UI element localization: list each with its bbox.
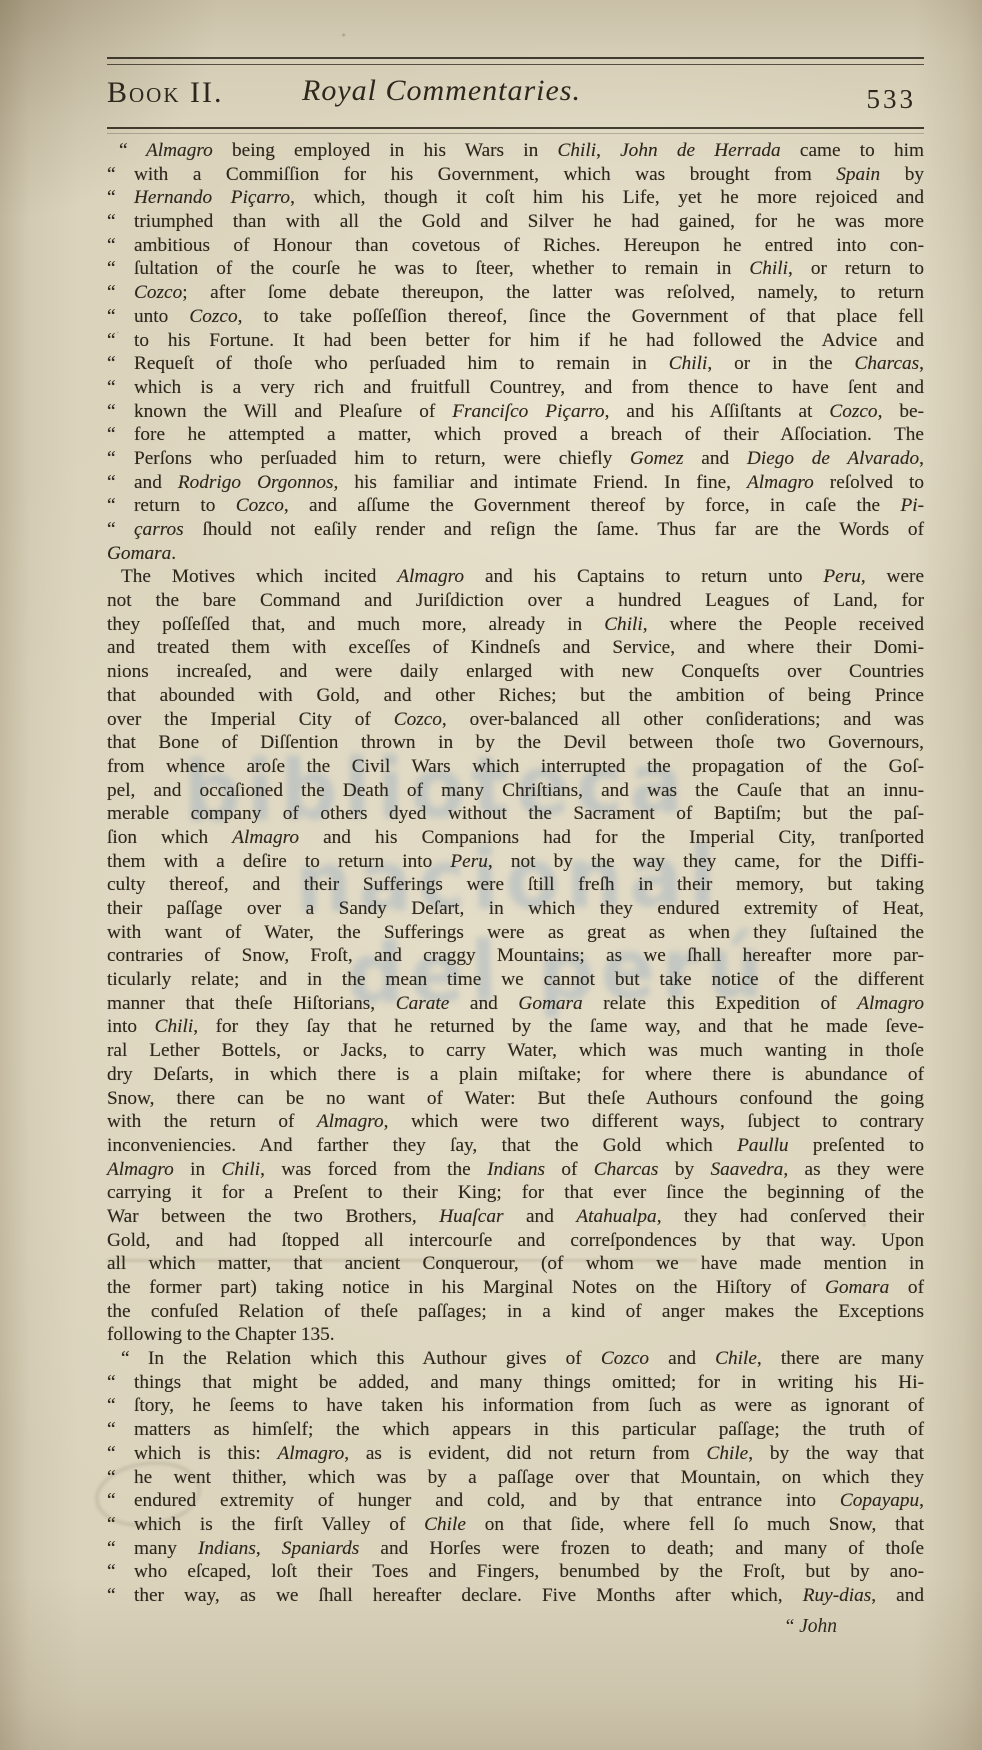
header-top-rule: [107, 57, 924, 65]
proper-name-italic: Pi-: [900, 495, 924, 516]
text-run: pel, and occaſioned the Death of many Ch…: [107, 780, 924, 801]
text-line: “with a Commiſſion for his Government, w…: [134, 163, 924, 187]
book-page: biblioteca nacional del perú Book II. Ro…: [0, 0, 982, 1750]
text-run: .: [171, 543, 176, 564]
proper-name-italic: Cozco: [394, 709, 442, 730]
proper-name-italic: Charcas: [855, 353, 920, 374]
quotation-mark: “: [107, 376, 116, 400]
text-run: ſion which: [107, 827, 232, 848]
quotation-mark: “: [107, 1537, 116, 1561]
quotation-mark: “: [107, 471, 116, 495]
proper-name-italic: Charcas: [594, 1159, 659, 1180]
quotation-mark: “: [107, 447, 116, 471]
proper-name-italic: Indians: [198, 1538, 256, 1559]
text-line: ticularly relate; and in the mean time w…: [107, 968, 924, 992]
text-run: on that ſide, where fell ſo much Snow, t…: [466, 1514, 924, 1535]
quotation-mark: “: [107, 423, 116, 447]
proper-name-italic: Diego de Alvarado: [747, 448, 919, 469]
quotation-mark: “: [107, 1560, 116, 1584]
text-run: their paſſage over a Sandy Deſart, in wh…: [107, 898, 924, 919]
text-line: inconveniencies. And farther they ſay, t…: [107, 1134, 924, 1158]
proper-name-italic: Indians: [487, 1159, 545, 1180]
text-run: preſented to: [789, 1135, 924, 1156]
quotation-mark: “: [107, 1489, 116, 1513]
text-line: “Almagro being employed in his Wars in C…: [134, 139, 924, 163]
text-line: “fore he attempted a matter, which prove…: [134, 423, 924, 447]
quotation-mark: “: [107, 518, 116, 542]
text-run: reſolved to: [814, 472, 924, 493]
text-run: , or return to: [788, 258, 924, 279]
proper-name-italic: Almagro: [857, 993, 924, 1014]
text-run: , they had conſerved their: [657, 1206, 924, 1227]
book-label: Book II.: [107, 76, 224, 110]
text-run: with want of Water, the Sufferings were …: [107, 922, 924, 943]
text-run: ,: [919, 1490, 924, 1511]
proper-name-italic: Peru: [450, 851, 487, 872]
text-line: nions increaſed, and were daily enlarged…: [107, 660, 924, 684]
text-run: not the bare Command and Juriſdiction ov…: [107, 590, 924, 611]
proper-name-italic: Spain: [836, 164, 880, 185]
text-run: ſtory, he ſeems to have taken his inform…: [134, 1395, 924, 1416]
text-line: pel, and occaſioned the Death of many Ch…: [107, 779, 924, 803]
proper-name-italic: Almagro: [747, 472, 814, 493]
quotation-mark: “: [107, 1513, 116, 1537]
text-run: and: [684, 448, 747, 469]
text-run: ,: [596, 140, 620, 161]
text-run: , as they were: [783, 1159, 924, 1180]
text-run: of: [545, 1159, 594, 1180]
text-run: ſultation of the courſe he was to ſteer,…: [134, 258, 749, 279]
text-run: triumphed than with all the Gold and Sil…: [134, 211, 924, 232]
proper-name-italic: Chili: [669, 353, 708, 374]
proper-name-italic: Huaſcar: [439, 1206, 503, 1227]
text-run: , and: [871, 1585, 924, 1606]
quotation-mark: “: [107, 1584, 116, 1608]
text-run: In the Relation which this Authour gives…: [148, 1348, 601, 1369]
proper-name-italic: Almagro: [317, 1111, 384, 1132]
proper-name-italic: Almagro: [277, 1443, 344, 1464]
catchword: “ John: [107, 1616, 837, 1638]
text-line: following to the Chapter 135.: [107, 1323, 924, 1347]
proper-name-italic: Copayapu: [840, 1490, 919, 1511]
catchword-quote-mark: “: [786, 1616, 799, 1637]
text-run: from whence aroſe the Civil Wars which i…: [107, 756, 924, 777]
quotation-mark: “: [107, 163, 116, 187]
text-line: ſion which Almagro and his Companions ha…: [107, 826, 924, 850]
text-run: endured extremity of hunger and cold, an…: [134, 1490, 840, 1511]
page-header: Book II. Royal Commentaries. 533: [107, 72, 924, 124]
text-run: over the Imperial City of: [107, 709, 394, 730]
proper-name-italic: Gomara: [107, 543, 171, 564]
quotation-mark: “: [107, 1371, 116, 1395]
quotation-mark: “: [107, 139, 128, 163]
text-run: carrying it for a Preſent to their King;…: [107, 1182, 924, 1203]
text-line: The Motives which incited Almagro and hi…: [107, 565, 924, 589]
quotation-mark: “: [107, 1442, 116, 1466]
proper-name-italic: Gomara: [518, 993, 582, 1014]
text-line: all which matter, that ancient Conquerou…: [107, 1252, 924, 1276]
text-run: War between the two Brothers,: [107, 1206, 439, 1227]
text-run: with a Commiſſion for his Government, wh…: [134, 164, 836, 185]
text-run: came to him: [781, 140, 924, 161]
text-run: , as is evident, did not return from: [344, 1443, 706, 1464]
text-run: Snow, there can be no want of Water: But…: [107, 1088, 924, 1109]
text-line: “ſtory, he ſeems to have taken his infor…: [134, 1394, 924, 1418]
text-run: , where the People received: [643, 614, 924, 635]
text-line: Gomara.: [107, 542, 924, 566]
text-run: merable company of others dyed without t…: [107, 803, 924, 824]
text-line: “matters as himſelf; the which appears i…: [134, 1418, 924, 1442]
text-line: “endured extremity of hunger and cold, a…: [134, 1489, 924, 1513]
narrative-commentary: The Motives which incited Almagro and hi…: [107, 565, 924, 1347]
text-line: their paſſage over a Sandy Deſart, in wh…: [107, 897, 924, 921]
proper-name-italic: Chili: [155, 1016, 194, 1037]
text-run: , be-: [878, 401, 924, 422]
text-line: “which is this: Almagro, as is evident, …: [134, 1442, 924, 1466]
text-run: and: [449, 993, 518, 1014]
text-run: , or in the: [707, 353, 854, 374]
text-line: “things that might be added, and many th…: [134, 1371, 924, 1395]
text-line: “Requeſt of thoſe who perſuaded him to r…: [134, 352, 924, 376]
text-run: and his Captains to return unto: [464, 566, 823, 587]
text-line: and treated them with exceſſes of Kindne…: [107, 636, 924, 660]
text-line: with want of Water, the Sufferings were …: [107, 921, 924, 945]
exceptions-quotation: “In the Relation which this Authour give…: [107, 1347, 924, 1608]
proper-name-italic: Chile: [424, 1514, 466, 1535]
text-line: into Chili, for they ſay that he returne…: [107, 1015, 924, 1039]
text-line: not the bare Command and Juriſdiction ov…: [107, 589, 924, 613]
text-run: and: [649, 1348, 715, 1369]
text-run: dry Deſarts, in which there is a plain m…: [107, 1064, 924, 1085]
gomara-quotation: “Almagro being employed in his Wars in C…: [107, 139, 924, 565]
proper-name-italic: Chili: [222, 1159, 261, 1180]
text-line: “Cozco; after ſome debate thereupon, the…: [134, 281, 924, 305]
text-line: “ther way, as we ſhall hereafter declare…: [134, 1584, 924, 1608]
quotation-mark: “: [107, 1466, 116, 1490]
text-run: ticularly relate; and in the mean time w…: [107, 969, 924, 990]
text-line: “Hernando Piçarro, which, though it coſt…: [134, 186, 924, 210]
text-line: “ſultation of the courſe he was to ſteer…: [134, 257, 924, 281]
proper-name-italic: Gomez: [630, 448, 684, 469]
text-run: many: [134, 1538, 198, 1559]
text-run: the former part) taking notice in his Ma…: [107, 1277, 825, 1298]
text-run: by: [880, 164, 924, 185]
text-run: unto: [134, 306, 189, 327]
text-run: ; after ſome debate thereupon, the latte…: [182, 282, 924, 303]
quotation-mark: “: [107, 400, 116, 424]
proper-name-italic: Almagro: [146, 140, 213, 161]
text-line: War between the two Brothers, Huaſcar an…: [107, 1205, 924, 1229]
text-line: over the Imperial City of Cozco, over-ba…: [107, 708, 924, 732]
page-body: “Almagro being employed in his Wars in C…: [107, 139, 924, 1608]
proper-name-italic: çarros: [134, 519, 184, 540]
page-number: 533: [867, 84, 917, 115]
text-run: of: [889, 1277, 924, 1298]
text-run: and Horſes were frozen to death; and man…: [359, 1538, 924, 1559]
text-run: with the return of: [107, 1111, 317, 1132]
quotation-mark: “: [107, 210, 116, 234]
text-run: ,: [919, 448, 924, 469]
quotation-mark: “: [107, 1418, 116, 1442]
text-run: , his familiar and intimate Friend. In f…: [334, 472, 748, 493]
text-run: ral Lether Bottels, or Jacks, to carry W…: [107, 1040, 924, 1061]
text-run: known the Will and Pleaſure of: [134, 401, 452, 422]
text-run: fore he attempted a matter, which proved…: [134, 424, 924, 445]
proper-name-italic: Almagro: [232, 827, 299, 848]
text-line: “unto Cozco, to take poſſeſſion thereof,…: [134, 305, 924, 329]
text-run: them with a deſire to return into: [107, 851, 450, 872]
text-run: following to the Chapter 135.: [107, 1324, 335, 1345]
text-run: in: [174, 1159, 222, 1180]
text-run: , were: [861, 566, 924, 587]
text-line: Snow, there can be no want of Water: But…: [107, 1087, 924, 1111]
text-line: merable company of others dyed without t…: [107, 802, 924, 826]
text-line: with the return of Almagro, which were t…: [107, 1110, 924, 1134]
text-run: , by the way that: [748, 1443, 924, 1464]
text-run: return to: [134, 495, 236, 516]
text-run: and: [503, 1206, 576, 1227]
quotation-mark: “: [107, 1394, 116, 1418]
text-line: “and Rodrigo Orgonnos, his familiar and …: [134, 471, 924, 495]
text-line: that abounded with Gold, and other Riche…: [107, 684, 924, 708]
quotation-mark: “: [107, 494, 116, 518]
text-run: culty thereof, and their Sufferings were…: [107, 874, 924, 895]
running-title: Royal Commentaries.: [302, 74, 581, 108]
text-line: “return to Cozco, and aſſume the Governm…: [134, 494, 924, 518]
proper-name-italic: Saavedra: [710, 1159, 783, 1180]
text-run: that Bone of Diſſention thrown in by the…: [107, 732, 924, 753]
text-line: the former part) taking notice in his Ma…: [107, 1276, 924, 1300]
header-bottom-rule: [107, 127, 924, 134]
text-run: by: [658, 1159, 710, 1180]
text-line: ral Lether Bottels, or Jacks, to carry W…: [107, 1039, 924, 1063]
quotation-mark: “: [107, 352, 116, 376]
text-run: , and aſſume the Government thereof by f…: [284, 495, 901, 516]
proper-name-italic: Chili: [558, 140, 597, 161]
proper-name-italic: Cozco: [189, 306, 237, 327]
text-run: into: [107, 1016, 155, 1037]
text-run: and: [134, 472, 178, 493]
text-run: relate this Expedition of: [583, 993, 858, 1014]
text-run: , and his Aſſiſtants at: [605, 401, 830, 422]
text-run: to his Fortune. It had been better for h…: [134, 330, 924, 351]
text-run: , there are many: [757, 1348, 924, 1369]
proper-name-italic: John de Herrada: [620, 140, 781, 161]
text-run: who eſcaped, loſt their Toes and Fingers…: [134, 1561, 924, 1582]
quotation-mark: “: [107, 257, 116, 281]
quotation-mark: “: [107, 234, 116, 258]
text-run: ambitious of Honour than covetous of Ric…: [134, 235, 924, 256]
proper-name-italic: Chili: [604, 614, 643, 635]
quotation-mark: “: [107, 305, 116, 329]
proper-name-italic: Cozco: [601, 1348, 649, 1369]
text-run: ther way, as we ſhall hereafter declare.…: [134, 1585, 803, 1606]
text-run: he went thither, which was by a paſſage …: [134, 1467, 924, 1488]
text-run: Requeſt of thoſe who perſuaded him to re…: [134, 353, 669, 374]
text-line: from whence aroſe the Civil Wars which i…: [107, 755, 924, 779]
quotation-mark: “: [107, 186, 116, 210]
text-run: The Motives which incited: [121, 566, 397, 587]
quotation-mark: “: [107, 329, 116, 353]
text-line: “known the Will and Pleaſure of Franciſc…: [134, 400, 924, 424]
text-line: “ambitious of Honour than covetous of Ri…: [134, 234, 924, 258]
proper-name-italic: Chile: [715, 1348, 757, 1369]
text-run: , to take poſſeſſion thereof, ſince the …: [238, 306, 924, 327]
text-run: which is this:: [134, 1443, 277, 1464]
text-run: inconveniencies. And farther they ſay, t…: [107, 1135, 737, 1156]
text-run: contraries of Snow, Froſt, and craggy Mo…: [107, 945, 924, 966]
text-line: Gold, and had ſtopped all intercourſe an…: [107, 1229, 924, 1253]
quotation-mark: “: [107, 281, 116, 305]
proper-name-italic: Peru: [823, 566, 860, 587]
proper-name-italic: Carate: [396, 993, 450, 1014]
text-run: manner that theſe Hiſtorians,: [107, 993, 396, 1014]
text-line: contraries of Snow, Froſt, and craggy Mo…: [107, 944, 924, 968]
proper-name-italic: Hernando Piçarro: [134, 187, 290, 208]
text-line: “he went thither, which was by a paſſage…: [134, 1466, 924, 1490]
proper-name-italic: Chile: [706, 1443, 748, 1464]
proper-name-italic: Chili: [749, 258, 788, 279]
text-run: all which matter, that ancient Conquerou…: [107, 1253, 924, 1274]
text-run: and his Companions had for the Imperial …: [299, 827, 924, 848]
text-line: carrying it for a Preſent to their King;…: [107, 1181, 924, 1205]
proper-name-italic: Cozco: [829, 401, 877, 422]
text-line: “triumphed than with all the Gold and Si…: [134, 210, 924, 234]
text-run: they poſſeſſed that, and much more, alre…: [107, 614, 604, 635]
text-run: ,: [256, 1538, 282, 1559]
text-line: the confuſed Relation of theſe paſſages;…: [107, 1300, 924, 1324]
proper-name-italic: Franciſco Piçarro: [452, 401, 604, 422]
text-run: nions increaſed, and were daily enlarged…: [107, 661, 924, 682]
proper-name-italic: Cozco: [134, 282, 182, 303]
text-line: “who eſcaped, loſt their Toes and Finger…: [134, 1560, 924, 1584]
text-line: Almagro in Chili, was forced from the In…: [107, 1158, 924, 1182]
text-line: that Bone of Diſſention thrown in by the…: [107, 731, 924, 755]
text-run: , over-balanced all other conſiderations…: [442, 709, 924, 730]
text-run: Perſons who perſuaded him to return, wer…: [134, 448, 630, 469]
text-run: matters as himſelf; the which appears in…: [134, 1419, 924, 1440]
text-line: dry Deſarts, in which there is a plain m…: [107, 1063, 924, 1087]
text-run: and treated them with exceſſes of Kindne…: [107, 637, 924, 658]
text-line: culty thereof, and their Sufferings were…: [107, 873, 924, 897]
text-run: the confuſed Relation of theſe paſſages;…: [107, 1301, 924, 1322]
proper-name-italic: Spaniards: [282, 1538, 360, 1559]
text-run: Gold, and had ſtopped all intercourſe an…: [107, 1230, 924, 1251]
proper-name-italic: Ruy-dias: [803, 1585, 872, 1606]
proper-name-italic: Almagro: [107, 1159, 174, 1180]
text-run: , for they ſay that he returned by the ſ…: [193, 1016, 924, 1037]
text-line: “many Indians, Spaniards and Horſes were…: [134, 1537, 924, 1561]
text-line: they poſſeſſed that, and much more, alre…: [107, 613, 924, 637]
proper-name-italic: Almagro: [397, 566, 464, 587]
text-line: “Perſons who perſuaded him to return, we…: [134, 447, 924, 471]
text-run: things that might be added, and many thi…: [134, 1372, 924, 1393]
text-run: , was forced from the: [260, 1159, 487, 1180]
proper-name-italic: Paullu: [737, 1135, 788, 1156]
proper-name-italic: Atahualpa: [576, 1206, 656, 1227]
proper-name-italic: Rodrigo Orgonnos: [178, 472, 334, 493]
proper-name-italic: Cozco: [236, 495, 284, 516]
text-run: , which were two different ways, ſubject…: [384, 1111, 924, 1132]
text-run: which is a very rich and fruitfull Count…: [134, 377, 924, 398]
text-run: , not by the way they came, for the Diff…: [488, 851, 924, 872]
text-line: “to his Fortune. It had been better for …: [134, 329, 924, 353]
text-run: ſhould not eaſily render and reſign the …: [184, 519, 924, 540]
text-run: that abounded with Gold, and other Riche…: [107, 685, 924, 706]
text-run: which is the firſt Valley of: [134, 1514, 424, 1535]
text-line: “In the Relation which this Authour give…: [134, 1347, 924, 1371]
text-line: “which is the firſt Valley of Chile on t…: [134, 1513, 924, 1537]
proper-name-italic: Gomara: [825, 1277, 889, 1298]
catchword-word: John: [799, 1616, 837, 1637]
text-run: , which, though it coſt him his Life, ye…: [290, 187, 924, 208]
quotation-mark: “: [107, 1347, 130, 1371]
text-run: ,: [919, 353, 924, 374]
text-line: “çarros ſhould not eaſily render and reſ…: [134, 518, 924, 542]
text-line: them with a deſire to return into Peru, …: [107, 850, 924, 874]
text-line: “which is a very rich and fruitfull Coun…: [134, 376, 924, 400]
text-run: being employed in his Wars in: [213, 140, 558, 161]
text-line: manner that theſe Hiſtorians, Carate and…: [107, 992, 924, 1016]
